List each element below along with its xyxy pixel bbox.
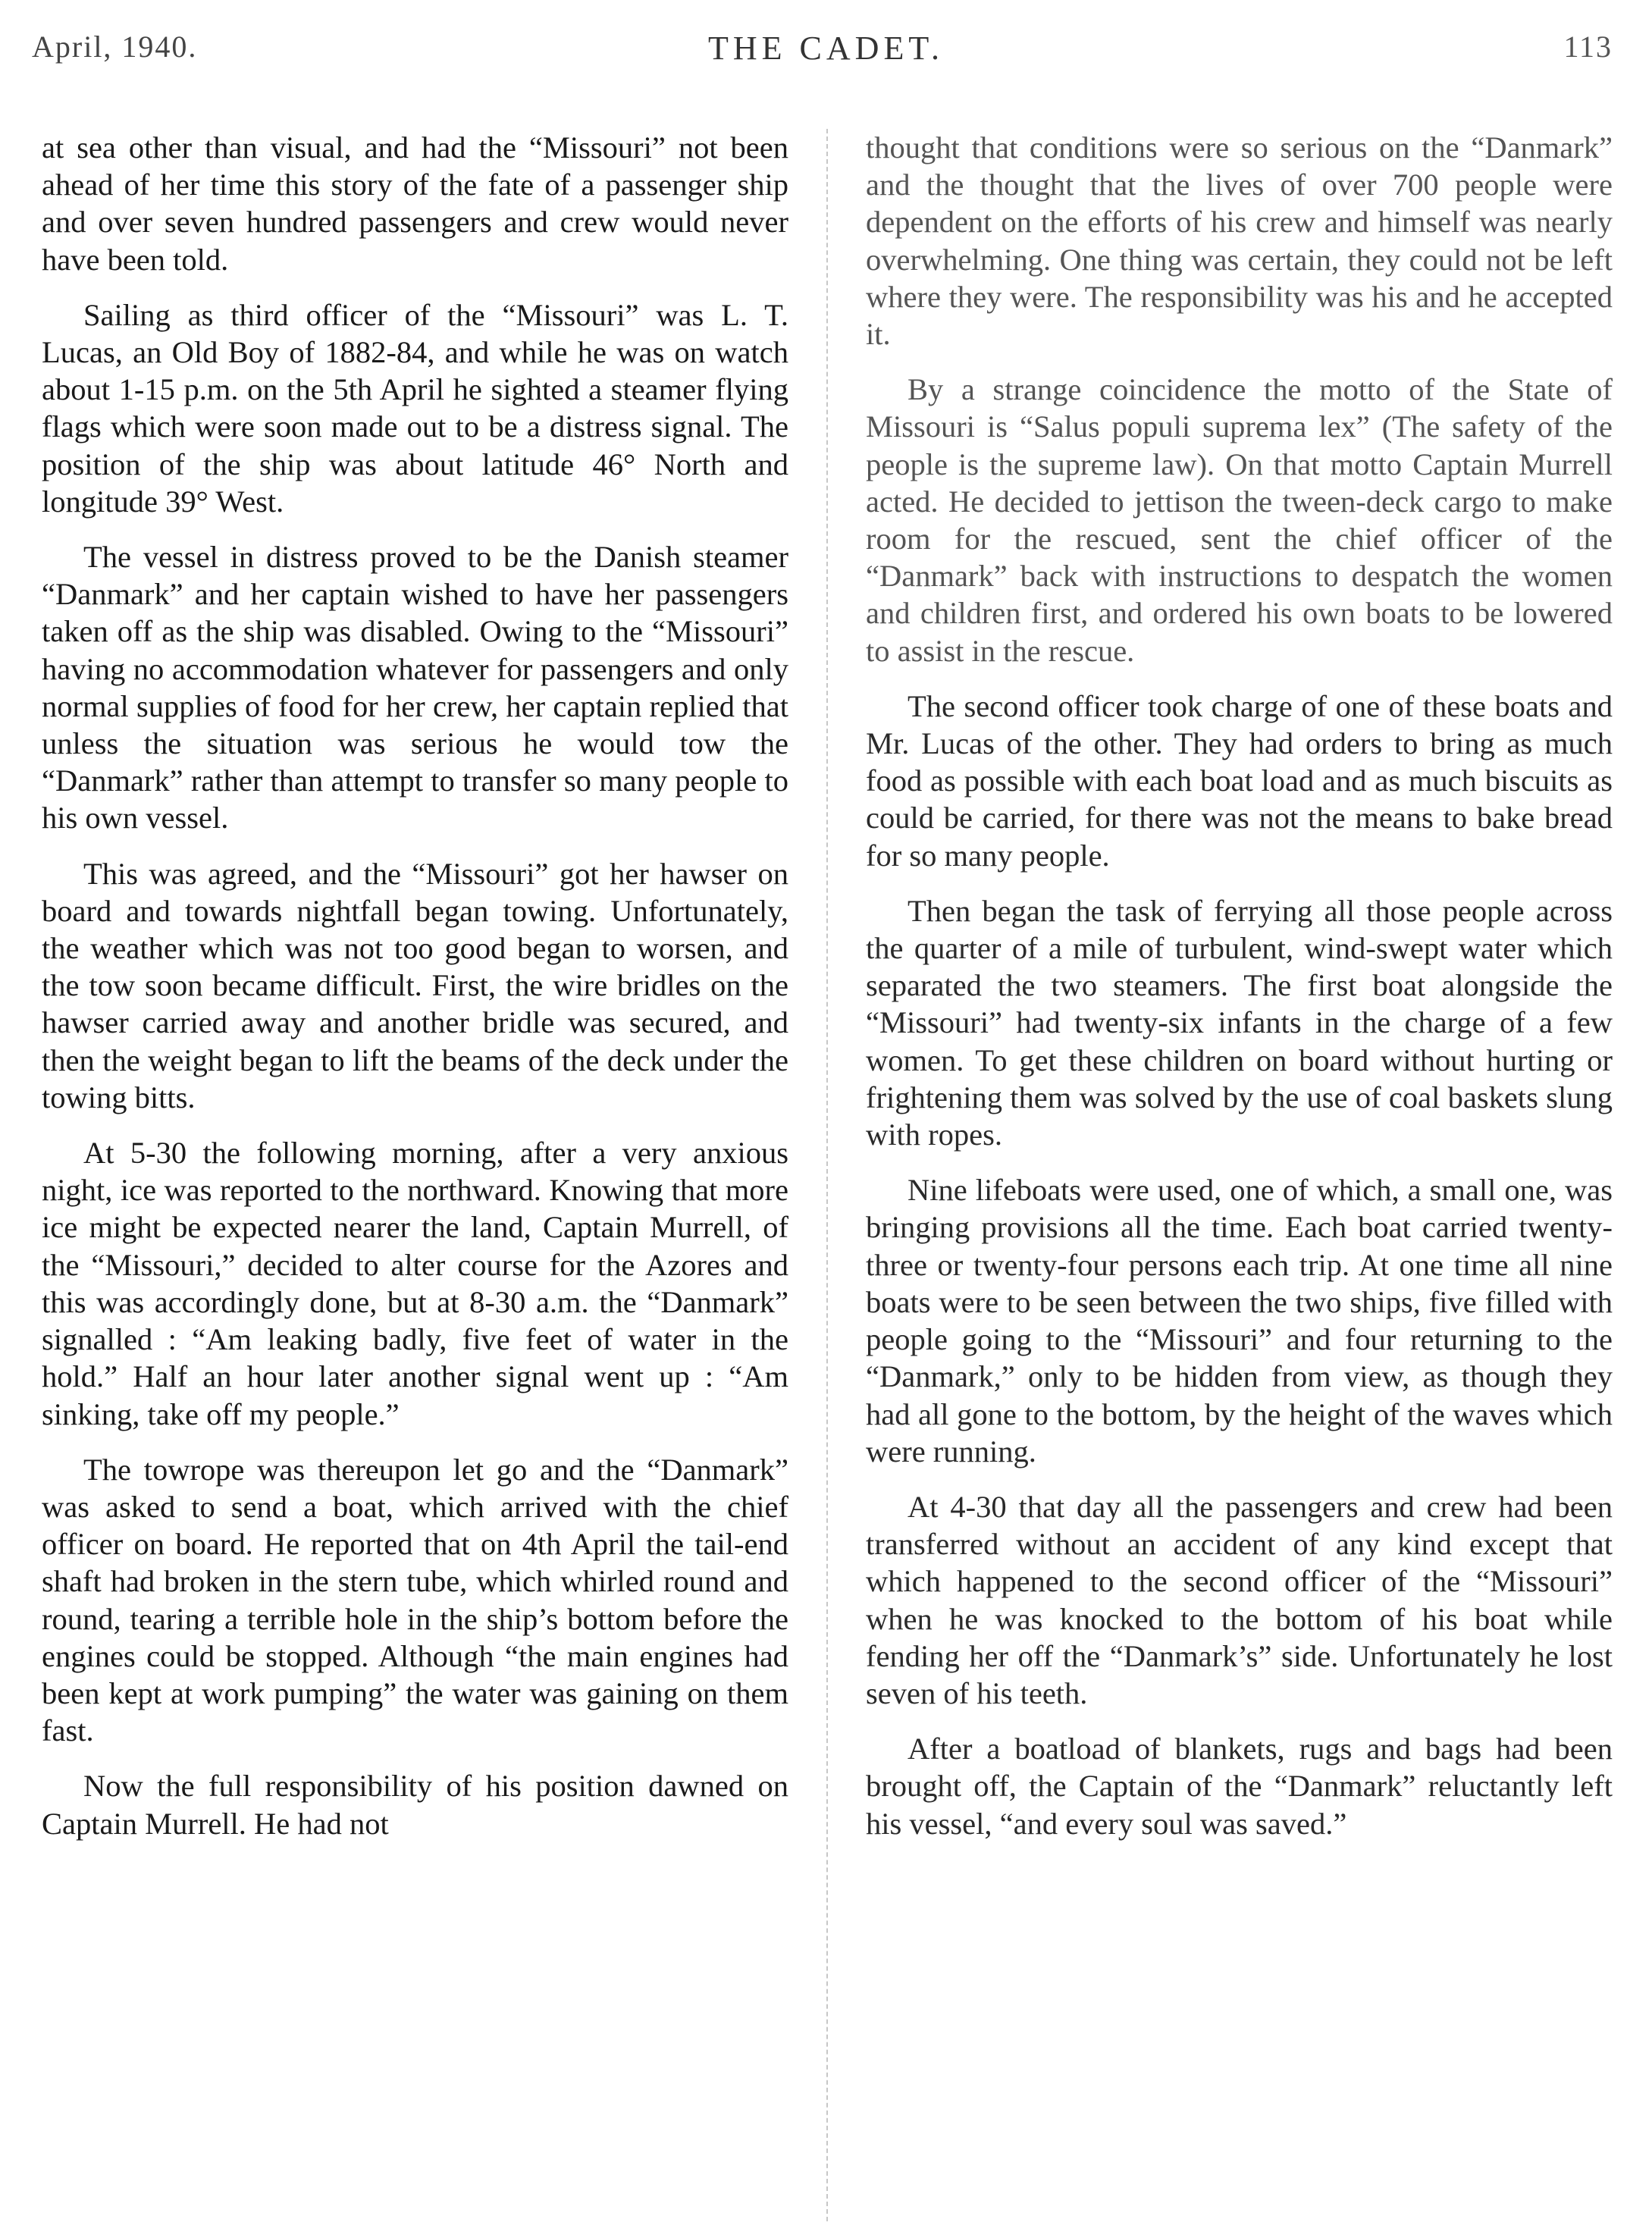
paragraph: at sea other than visual, and had the “M…: [42, 129, 788, 278]
page-number: 113: [1563, 29, 1613, 64]
paragraph: The vessel in distress proved to be the …: [42, 538, 788, 837]
left-column: at sea other than visual, and had the “M…: [42, 129, 788, 1860]
publication-title: THE CADET.: [0, 29, 1652, 67]
paragraph: The second officer took charge of one of…: [866, 688, 1613, 874]
paragraph: This was agreed, and the “Missouri” got …: [42, 855, 788, 1116]
paragraph: After a boatload of blankets, rugs and b…: [866, 1730, 1613, 1842]
paragraph: At 4-30 that day all the passengers and …: [866, 1488, 1613, 1712]
paragraph: Now the full responsibility of his posit…: [42, 1767, 788, 1841]
page-header: April, 1940. THE CADET. 113: [0, 29, 1652, 74]
paragraph: By a strange coincidence the motto of th…: [866, 371, 1613, 669]
paragraph: Then began the task of ferrying all thos…: [866, 892, 1613, 1153]
right-column: thought that conditions were so serious …: [866, 129, 1613, 1860]
paragraph: The towrope was thereupon let go and the…: [42, 1451, 788, 1750]
paragraph: Sailing as third officer of the “Missour…: [42, 296, 788, 520]
paragraph: thought that conditions were so serious …: [866, 129, 1613, 353]
column-divider: [826, 129, 828, 2221]
paragraph: Nine lifeboats were used, one of which, …: [866, 1171, 1613, 1470]
paragraph: At 5-30 the following morning, after a v…: [42, 1134, 788, 1433]
